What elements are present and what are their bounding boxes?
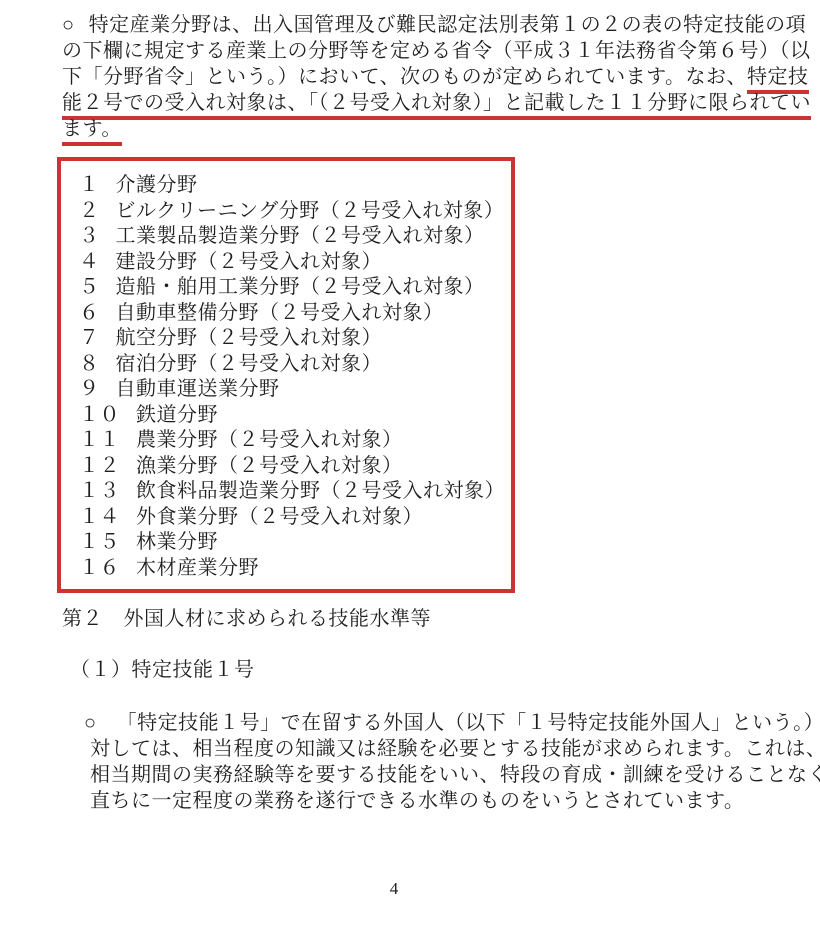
paragraph-intro-line3: 下「分野省令」という。）において、次のものが定められています。なお、 <box>62 66 747 88</box>
list-item-number: １０ <box>79 403 120 429</box>
list-item-number: １５ <box>79 530 120 556</box>
list-item-number: １２ <box>79 454 120 480</box>
list-item-label: 農業分野（２号受入れ対象） <box>136 429 403 451</box>
list-item: ２ビルクリーニング分野（２号受入れ対象） <box>79 199 511 225</box>
list-item: ４建設分野（２号受入れ対象） <box>79 250 511 276</box>
paragraph-skill-line1: 「特定技能１号」で在留する外国人（以下「１号特定技能外国人」という。）に <box>117 712 820 734</box>
list-item: ７航空分野（２号受入れ対象） <box>79 326 511 352</box>
text-line: 相当期間の実務経験等を要する技能をいい、特段の育成・訓練を受けることなく <box>90 762 820 788</box>
section-heading-text: 第２ 外国人材に求められる技能水準等 <box>62 608 431 630</box>
list-item: １６木材産業分野 <box>79 556 511 582</box>
list-item-number: ３ <box>79 224 100 250</box>
page-number: 4 <box>0 879 788 899</box>
paragraph-skill-line2: 対しては、相当程度の知識又は経験を必要とする技能が求められます。これは、 <box>90 738 820 760</box>
list-item-number: １６ <box>79 556 120 582</box>
paragraph-intro-line1: 特定産業分野は、出入国管理及び難民認定法別表第１の２の表の特定技能の項 <box>89 14 807 36</box>
list-item: １０鉄道分野 <box>79 403 511 429</box>
list-item-number: ２ <box>79 199 100 225</box>
red-underlined-text: ます。 <box>62 118 122 146</box>
list-item: １２漁業分野（２号受入れ対象） <box>79 454 511 480</box>
list-item-number: ７ <box>79 326 100 352</box>
text-line: 直ちに一定程度の業務を遂行できる水準のものをいうとされています。 <box>90 788 820 814</box>
text-line: の下欄に規定する産業上の分野等を定める省令（平成３１年法務省令第６号）（以 <box>62 38 811 64</box>
paragraph-intro: ○特定産業分野は、出入国管理及び難民認定法別表第１の２の表の特定技能の項 の下欄… <box>62 12 811 142</box>
bullet-marker: ○ <box>62 12 75 38</box>
list-item-label: ビルクリーニング分野（２号受入れ対象） <box>116 200 505 222</box>
list-item-label: 建設分野（２号受入れ対象） <box>116 251 383 273</box>
text-line: 下「分野省令」という。）において、次のものが定められています。なお、特定技 <box>62 64 811 90</box>
list-item-number: ８ <box>79 352 100 378</box>
list-item: ８宿泊分野（２号受入れ対象） <box>79 352 511 378</box>
list-item-label: 飲食料品製造業分野（２号受入れ対象） <box>136 480 505 502</box>
list-item-label: 宿泊分野（２号受入れ対象） <box>116 353 383 375</box>
list-item-label: 自動車運送業分野 <box>116 378 280 400</box>
list-item: １１農業分野（２号受入れ対象） <box>79 428 511 454</box>
list-item-label: 自動車整備分野（２号受入れ対象） <box>116 302 444 324</box>
list-item-label: 外食業分野（２号受入れ対象） <box>136 506 423 528</box>
list-item-label: 航空分野（２号受入れ対象） <box>116 327 383 349</box>
subsection-heading: （１）特定技能１号 <box>70 657 255 683</box>
list-item-number: ６ <box>79 301 100 327</box>
list-item-label: 鉄道分野 <box>136 404 218 426</box>
list-item-number: ９ <box>79 377 100 403</box>
list-item: ３工業製品製造業分野（２号受入れ対象） <box>79 224 511 250</box>
list-item: １３飲食料品製造業分野（２号受入れ対象） <box>79 479 511 505</box>
red-underlined-text: 能２号での受入れ対象は、「（２号受入れ対象）」と記載した１１分野に限られてい <box>62 92 811 120</box>
list-item-number: ５ <box>79 275 100 301</box>
paragraph-skill-line3: 相当期間の実務経験等を要する技能をいい、特段の育成・訓練を受けることなく <box>90 764 820 786</box>
paragraph-skill-line4: 直ちに一定程度の業務を遂行できる水準のものをいうとされています。 <box>90 790 744 812</box>
list-item-label: 造船・舶用工業分野（２号受入れ対象） <box>116 276 485 298</box>
bullet-marker: ○ <box>84 710 97 736</box>
list-item-label: 林業分野 <box>136 531 218 553</box>
text-line: 対しては、相当程度の知識又は経験を必要とする技能が求められます。これは、 <box>90 736 820 762</box>
text-line: 能２号での受入れ対象は、「（２号受入れ対象）」と記載した１１分野に限られてい <box>62 90 811 116</box>
list-item: １５林業分野 <box>79 530 511 556</box>
paragraph-skill-level: ○「特定技能１号」で在留する外国人（以下「１号特定技能外国人」という。）に 対し… <box>84 710 820 814</box>
list-item: ５造船・舶用工業分野（２号受入れ対象） <box>79 275 511 301</box>
section-heading: 第２ 外国人材に求められる技能水準等 <box>62 606 431 632</box>
paragraph-intro-line2: の下欄に規定する産業上の分野等を定める省令（平成３１年法務省令第６号）（以 <box>62 40 811 62</box>
list-item-label: 介護分野 <box>116 174 198 196</box>
list-item: ６自動車整備分野（２号受入れ対象） <box>79 301 511 327</box>
document-page: ○特定産業分野は、出入国管理及び難民認定法別表第１の２の表の特定技能の項 の下欄… <box>0 0 820 937</box>
field-list-box: １介護分野 ２ビルクリーニング分野（２号受入れ対象） ３工業製品製造業分野（２号… <box>57 157 515 593</box>
list-item-label: 漁業分野（２号受入れ対象） <box>136 455 403 477</box>
text-line: ○「特定技能１号」で在留する外国人（以下「１号特定技能外国人」という。）に <box>84 710 820 736</box>
list-item-number: １４ <box>79 505 120 531</box>
list-item-label: 木材産業分野 <box>136 557 259 579</box>
subsection-heading-text: （１）特定技能１号 <box>70 659 255 681</box>
list-item: ９自動車運送業分野 <box>79 377 511 403</box>
list-item-label: 工業製品製造業分野（２号受入れ対象） <box>116 225 485 247</box>
text-line: ○特定産業分野は、出入国管理及び難民認定法別表第１の２の表の特定技能の項 <box>62 12 811 38</box>
list-item-number: ４ <box>79 250 100 276</box>
list-item-number: １３ <box>79 479 120 505</box>
list-item-number: １１ <box>79 428 120 454</box>
list-item: １４外食業分野（２号受入れ対象） <box>79 505 511 531</box>
list-item-number: １ <box>79 173 100 199</box>
list-item: １介護分野 <box>79 173 511 199</box>
